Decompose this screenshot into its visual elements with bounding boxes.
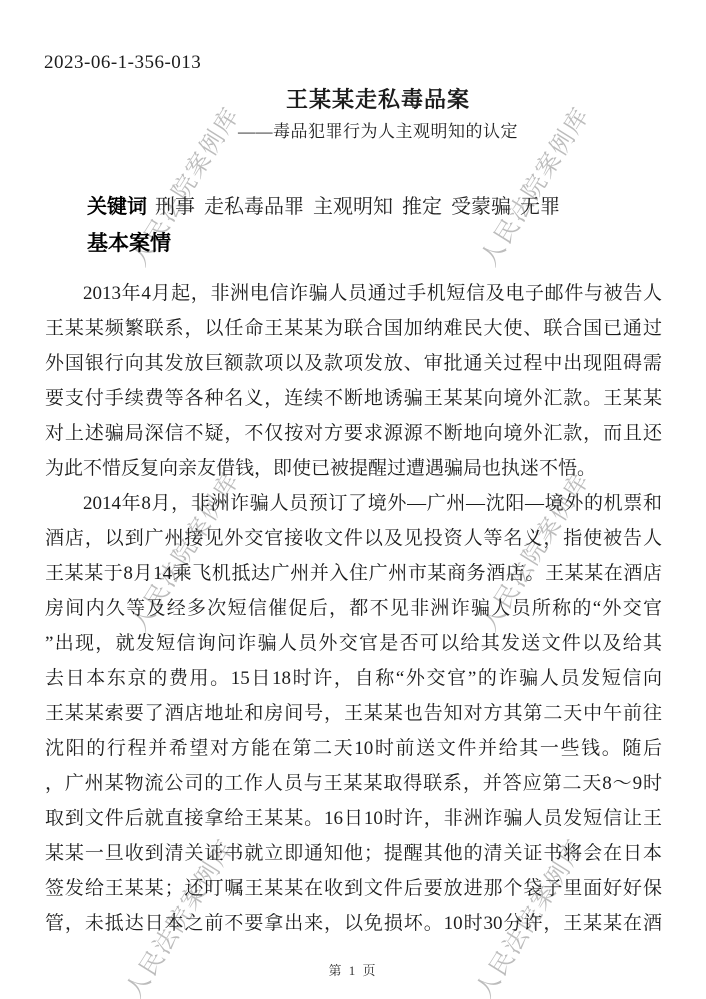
case-number: 2023-06-1-356-013 (44, 53, 706, 73)
body-line: 2013年4月起，非洲电信诈骗人员通过手机短信及电子邮件与被告人 (45, 276, 662, 311)
body-line: 房间内久等及经多次短信催促后，都不见非洲诈骗人员所称的“外交官 (45, 591, 662, 626)
document-content: 2023-06-1-356-013 王某某走私毒品案 ——毒品犯罪行为人主观明知… (0, 53, 706, 941)
section-heading-basic-facts: 基本案情 (87, 233, 706, 255)
body-line: 王某某于8月14乘飞机抵达广州并入住广州市某商务酒店。王某某在酒店 (45, 556, 662, 591)
body-line: 王某某索要了酒店地址和房间号，王某某也告知对方其第二天中午前往 (45, 696, 662, 731)
body-line: ，广州某物流公司的工作人员与王某某取得联系，并答应第二天8～9时 (45, 766, 662, 801)
body-line: 沈阳的行程并希望对方能在第二天10时前送文件并给其一些钱。随后 (45, 731, 662, 766)
page-number-footer: 第 1 页 (0, 960, 706, 979)
body-line: 2014年8月，非洲诈骗人员预订了境外—广州—沈阳—境外的机票和 (45, 486, 662, 521)
keywords-line: 关键词刑事 走私毒品罪 主观明知 推定 受蒙骗 无罪 (87, 196, 662, 218)
body-paragraphs: 2013年4月起，非洲电信诈骗人员通过手机短信及电子邮件与被告人王某某频繁联系，… (45, 276, 662, 941)
body-line: 为此不惜反复向亲友借钱，即使已被提醒过遭遇骗局也执迷不悟。 (45, 451, 662, 486)
keywords-label: 关键词 (87, 196, 147, 218)
body-line: 签发给王某某；还叮嘱王某某在收到文件后要放进那个袋子里面好好保 (45, 871, 662, 906)
body-line: 去日本东京的费用。15日18时许，自称“外交官”的诈骗人员发短信向 (45, 661, 662, 696)
body-line: 王某某频繁联系，以任命王某某为联合国加纳难民大使、联合国已通过 (45, 311, 662, 346)
body-line: 外国银行向其发放巨额款项以及款项发放、审批通关过程中出现阻碍需 (45, 346, 662, 381)
case-subtitle: ——毒品犯罪行为人主观明知的认定 (50, 122, 706, 142)
body-line: 取到文件后就直接拿给王某某。16日10时许，非洲诈骗人员发短信让王 (45, 801, 662, 836)
body-line: 管，未抵达日本之前不要拿出来，以免损坏。10时30分许，王某某在酒 (45, 906, 662, 941)
body-line: 对上述骗局深信不疑，不仅按对方要求源源不断地向境外汇款，而且还 (45, 416, 662, 451)
keyword-terms: 刑事 走私毒品罪 主观明知 推定 受蒙骗 无罪 (155, 196, 560, 218)
body-line: 某某一旦收到清关证书就立即通知他；提醒其他的清关证书将会在日本 (45, 836, 662, 871)
body-line: 要支付手续费等各种名义，连续不断地诱骗王某某向境外汇款。王某某 (45, 381, 662, 416)
body-line: ”出现，就发短信询问诈骗人员外交官是否可以给其发送文件以及给其 (45, 626, 662, 661)
case-title: 王某某走私毒品案 (50, 88, 706, 112)
body-line: 酒店，以到广州接见外交官接收文件以及见投资人等名义，指使被告人 (45, 521, 662, 556)
title-block: 王某某走私毒品案 ——毒品犯罪行为人主观明知的认定 (0, 88, 706, 142)
document-page: 人民法院案例库人民法院案例库人民法院案例库人民法院案例库人民法院案例库人民法院案… (0, 0, 706, 999)
